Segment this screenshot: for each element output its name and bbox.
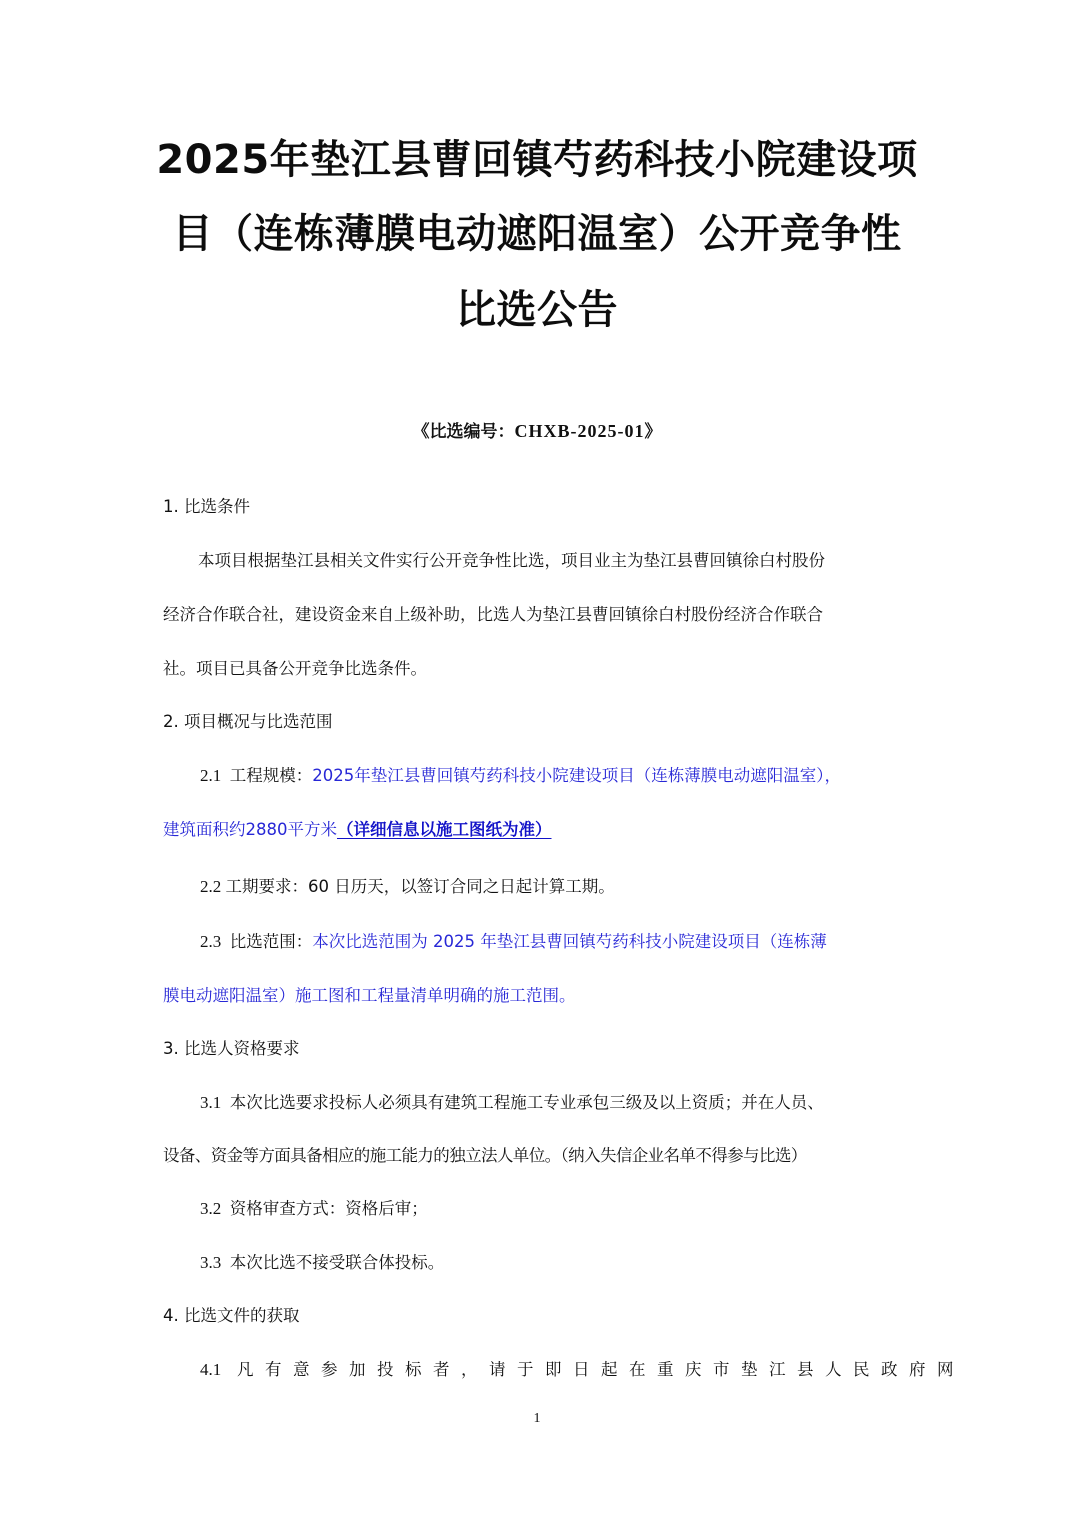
section-heading-1: 1. 比选条件 bbox=[163, 494, 250, 520]
item-2-3-label: 比选范围： bbox=[230, 932, 313, 951]
section-1-paragraph-line-3: 社。项目已具备公开竞争比选条件。 bbox=[163, 656, 427, 682]
document-title-line-1: 2025年垫江县曹回镇芍药科技小院建设项 bbox=[150, 138, 924, 182]
item-2-2-text: 工期要求：60 日历天，以签订合同之日起计算工期。 bbox=[226, 877, 615, 896]
item-4-1: 4.1 凡有意参加投标者，请于即日起在重庆市垫江县人民政府网 bbox=[200, 1357, 965, 1383]
document-title-line-2: 目（连栋薄膜电动遮阳温室）公开竞争性 bbox=[150, 212, 924, 256]
item-2-1-number: 2.1 bbox=[200, 766, 221, 785]
section-1-paragraph-line-2: 经济合作联合社，建设资金来自上级补助，比选人为垫江县曹回镇徐白村股份经济合作联合 bbox=[163, 602, 823, 628]
item-2-1-highlight-note: （详细信息以施工图纸为准） bbox=[337, 820, 552, 839]
item-3-2: 3.2 资格审查方式：资格后审； bbox=[200, 1196, 428, 1222]
document-number-label: 《比选编号： bbox=[413, 422, 515, 442]
item-2-3-number: 2.3 bbox=[200, 932, 221, 951]
section-heading-2: 2. 项目概况与比选范围 bbox=[163, 709, 333, 735]
item-2-1-blue-text-2: 建筑面积约2880平方米 bbox=[163, 820, 337, 839]
item-4-1-number: 4.1 bbox=[200, 1360, 221, 1379]
item-2-1-line-2: 建筑面积约2880平方米（详细信息以施工图纸为准） bbox=[163, 817, 552, 843]
document-number-close: 》 bbox=[645, 422, 662, 442]
item-3-2-text: 资格审查方式：资格后审； bbox=[230, 1199, 428, 1218]
item-4-1-text: 凡有意参加投标者，请于即日起在重庆市垫江县人民政府网 bbox=[237, 1360, 965, 1379]
item-2-2: 2.2 工期要求：60 日历天，以签订合同之日起计算工期。 bbox=[200, 874, 615, 900]
item-3-3-text: 本次比选不接受联合体投标。 bbox=[230, 1253, 445, 1272]
item-2-2-number: 2.2 bbox=[200, 877, 221, 896]
item-2-3-line-1: 2.3 比选范围：本次比选范围为 2025 年垫江县曹回镇芍药科技小院建设项目（… bbox=[200, 929, 827, 955]
item-3-1-text-1: 本次比选要求投标人必须具有建筑工程施工专业承包三级及以上资质；并在人员、 bbox=[230, 1093, 824, 1112]
item-2-1-blue-text-1: 2025年垫江县曹回镇芍药科技小院建设项目（连栋薄膜电动遮阳温室）， bbox=[312, 766, 841, 785]
section-heading-3: 3. 比选人资格要求 bbox=[163, 1036, 300, 1062]
section-heading-4: 4. 比选文件的获取 bbox=[163, 1303, 300, 1329]
item-2-1-label: 工程规模： bbox=[230, 766, 313, 785]
item-3-1-line-1: 3.1 本次比选要求投标人必须具有建筑工程施工专业承包三级及以上资质；并在人员、 bbox=[200, 1090, 824, 1116]
document-number-code: CHXB-2025-01 bbox=[515, 421, 645, 441]
document-number: 《比选编号：CHXB-2025-01》 bbox=[0, 418, 1074, 445]
document-title-line-3: 比选公告 bbox=[150, 288, 924, 332]
item-3-3-number: 3.3 bbox=[200, 1253, 221, 1272]
section-1-paragraph-line-1: 本项目根据垫江县相关文件实行公开竞争性比选，项目业主为垫江县曹回镇徐白村股份 bbox=[198, 548, 825, 574]
item-2-3-blue-text-2: 膜电动遮阳温室）施工图和工程量清单明确的施工范围。 bbox=[163, 983, 576, 1009]
item-2-1-line-1: 2.1 工程规模：2025年垫江县曹回镇芍药科技小院建设项目（连栋薄膜电动遮阳温… bbox=[200, 763, 841, 789]
document-page: 2025年垫江县曹回镇芍药科技小院建设项 目（连栋薄膜电动遮阳温室）公开竞争性 … bbox=[0, 0, 1074, 1520]
item-3-1-text-2: 设备、资金等方面具备相应的施工能力的独立法人单位。（纳入失信企业名单不得参与比选… bbox=[163, 1143, 807, 1169]
item-3-2-number: 3.2 bbox=[200, 1199, 221, 1218]
item-3-1-number: 3.1 bbox=[200, 1093, 221, 1112]
item-2-3-blue-text-1: 本次比选范围为 2025 年垫江县曹回镇芍药科技小院建设项目（连栋薄 bbox=[312, 932, 826, 951]
page-number: 1 bbox=[0, 1410, 1074, 1428]
item-3-3: 3.3 本次比选不接受联合体投标。 bbox=[200, 1250, 444, 1276]
